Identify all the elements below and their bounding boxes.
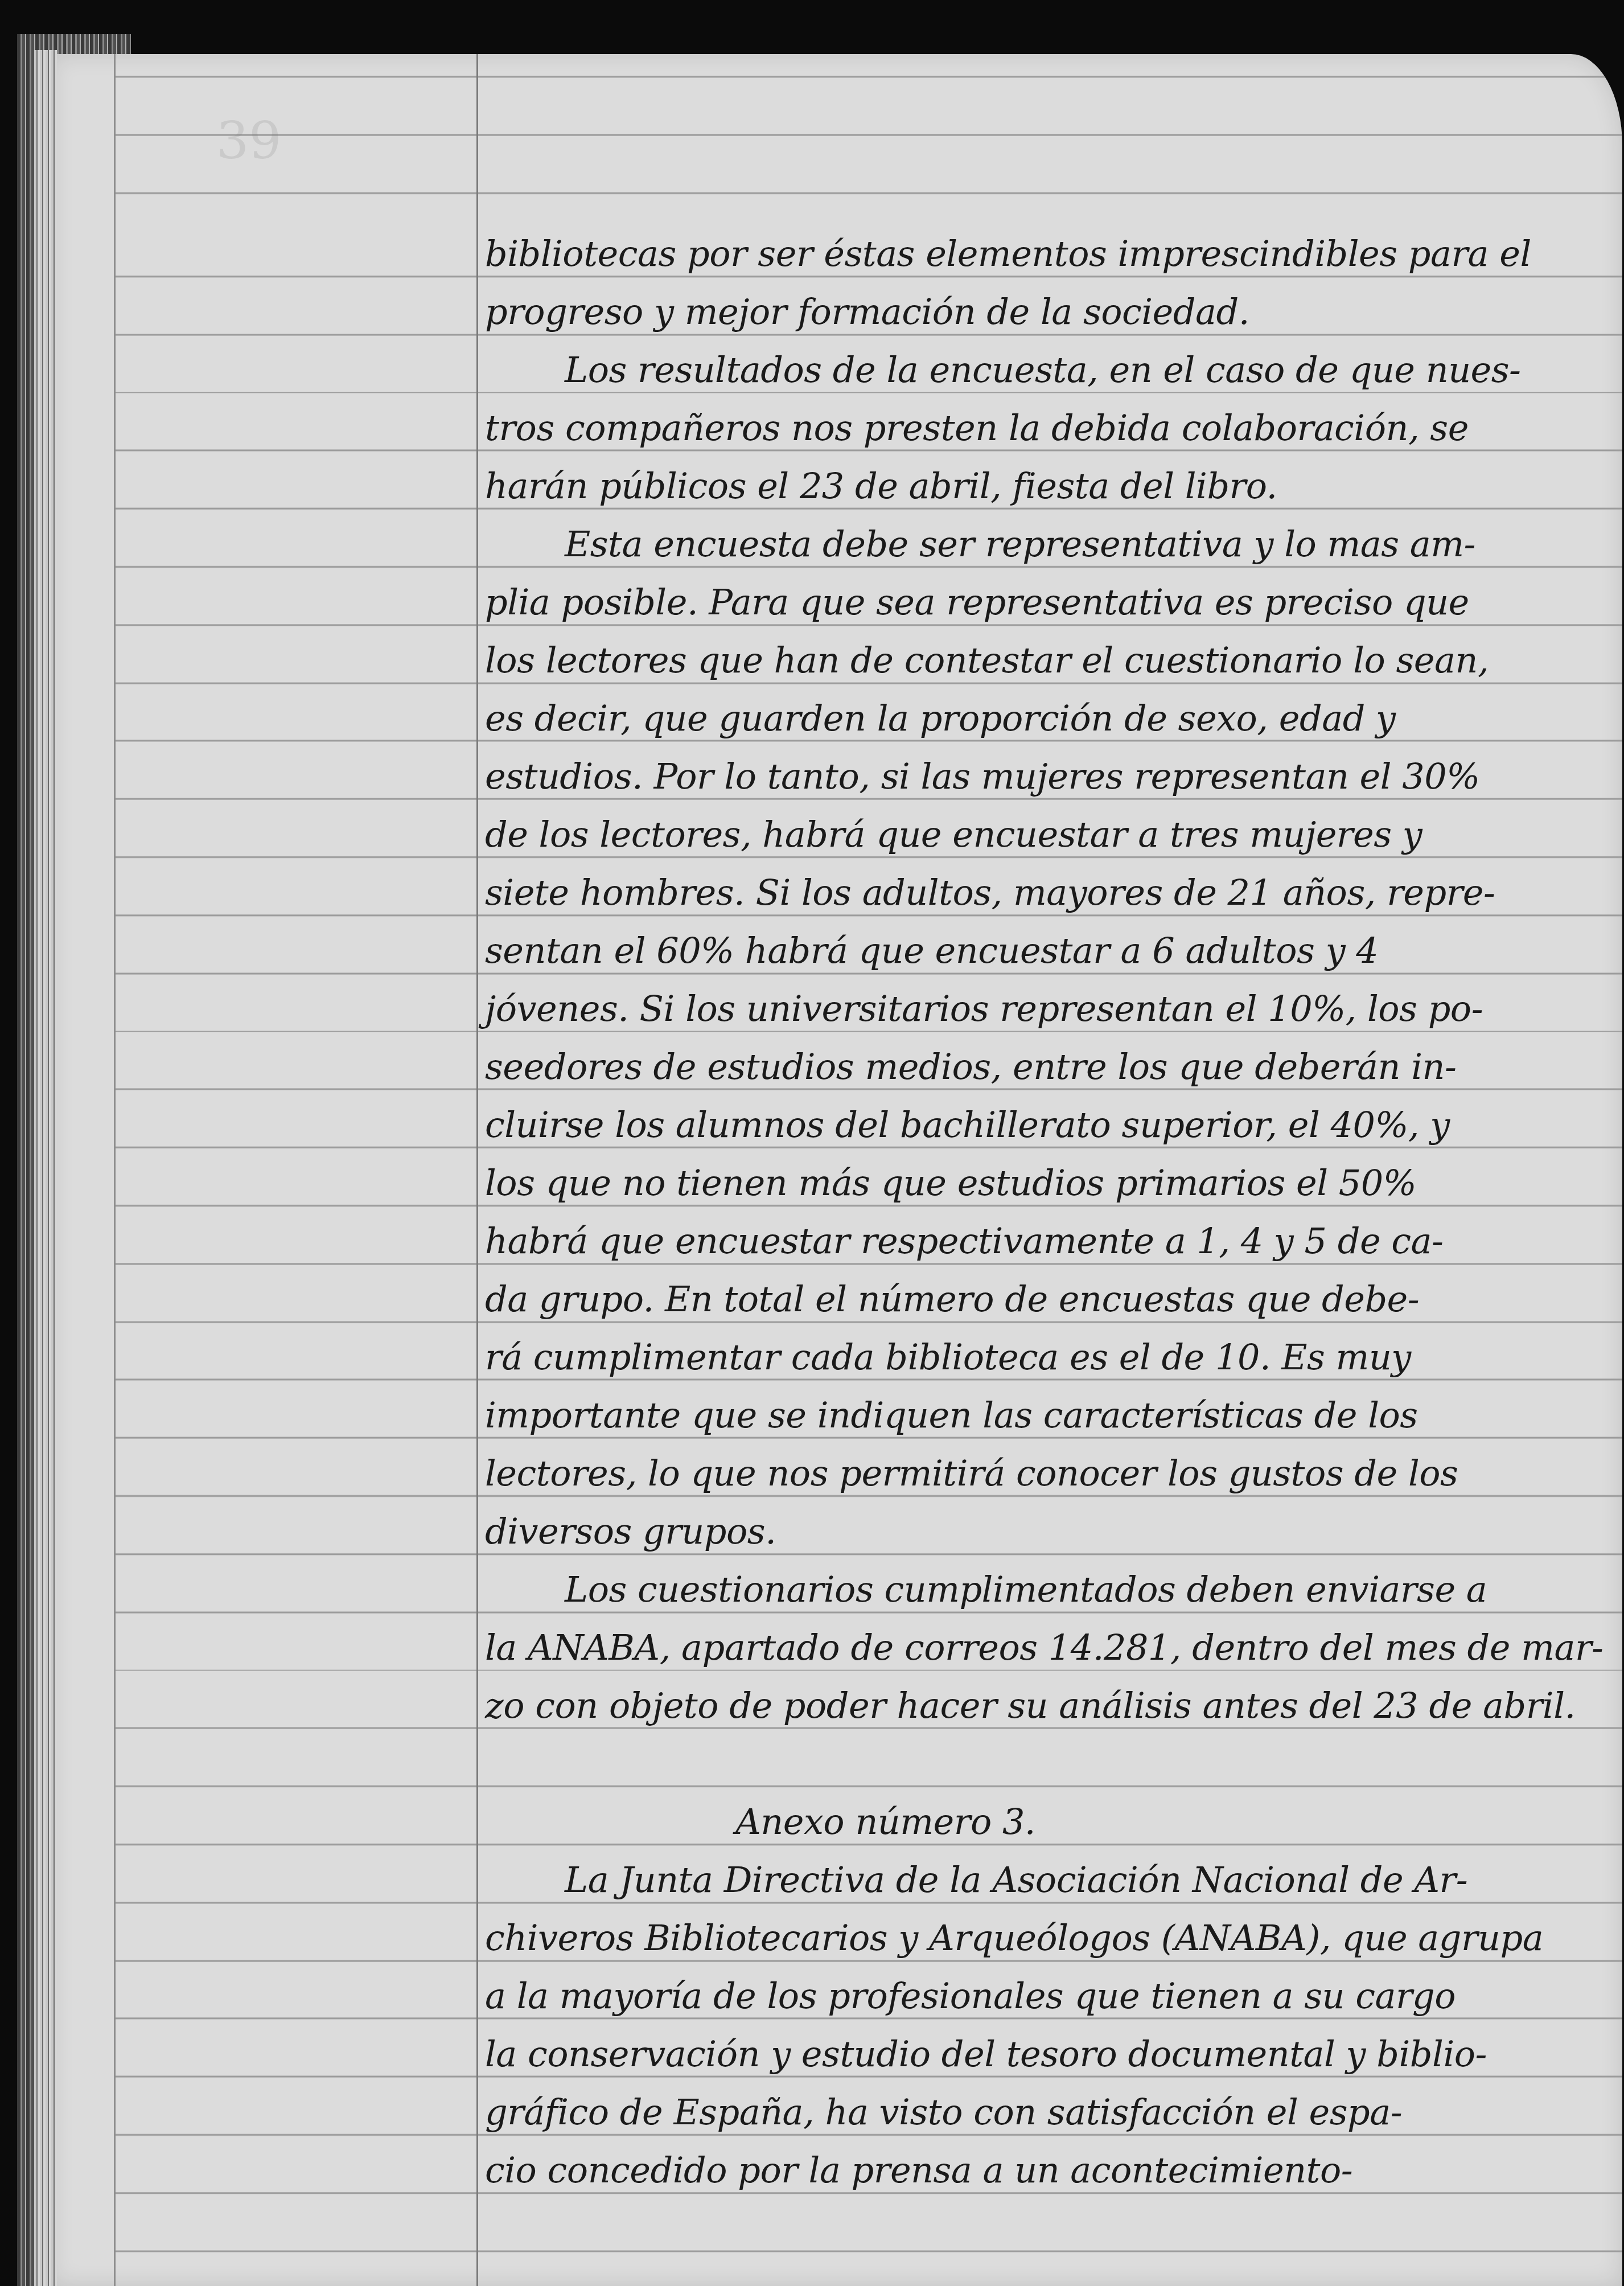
text-line: jóvenes. Si los universitarios represent… xyxy=(485,980,1601,1038)
text-line: La Junta Directiva de la Asociación Naci… xyxy=(485,1851,1601,1909)
text-line: la conservación y estudio del tesoro doc… xyxy=(485,2025,1601,2083)
text-line: cluirse los alumnos del bachillerato sup… xyxy=(485,1096,1601,1154)
text-line: progreso y mejor formación de la socieda… xyxy=(485,283,1601,341)
text-line: Los resultados de la encuesta, en el cas… xyxy=(485,341,1601,399)
text-line: tros compañeros nos presten la debida co… xyxy=(485,399,1601,457)
page-stack-edge xyxy=(34,50,57,2286)
text-line: seedores de estudios medios, entre los q… xyxy=(485,1038,1601,1096)
text-line: los lectores que han de contestar el cue… xyxy=(485,631,1601,690)
text-line: chiveros Bibliotecarios y Arqueólogos (A… xyxy=(485,1909,1601,1967)
text-line: sentan el 60% habrá que encuestar a 6 ad… xyxy=(485,922,1601,980)
page-number: 39 xyxy=(216,111,282,171)
section-heading: Anexo número 3. xyxy=(485,1793,1601,1851)
text-line: zo con objeto de poder hacer su análisis… xyxy=(485,1677,1601,1735)
text-line: plia posible. Para que sea representativ… xyxy=(485,573,1601,631)
text-line: habrá que encuestar respectivamente a 1,… xyxy=(485,1212,1601,1270)
text-line: de los lectores, habrá que encuestar a t… xyxy=(485,806,1601,864)
text-line: gráfico de España, ha visto con satisfac… xyxy=(485,2083,1601,2141)
text-line: estudios. Por lo tanto, si las mujeres r… xyxy=(485,748,1601,806)
text-line: Esta encuesta debe ser representativa y … xyxy=(485,515,1601,573)
text-line xyxy=(485,1735,1601,1793)
text-line: es decir, que guarden la proporción de s… xyxy=(485,690,1601,748)
text-line: siete hombres. Si los adultos, mayores d… xyxy=(485,864,1601,922)
text-line: la ANABA, apartado de correos 14.281, de… xyxy=(485,1619,1601,1677)
text-line: cio concedido por la prensa a un acontec… xyxy=(485,2141,1601,2199)
inner-margin-rule xyxy=(114,54,116,2286)
text-line: los que no tienen más que estudios prima… xyxy=(485,1154,1601,1212)
text-line: lectores, lo que nos permitirá conocer l… xyxy=(485,1444,1601,1503)
text-line: bibliotecas por ser éstas elementos impr… xyxy=(485,225,1601,283)
margin-rule xyxy=(476,54,478,2286)
handwritten-text: bibliotecas por ser éstas elementos impr… xyxy=(485,225,1601,2199)
text-line: Los cuestionarios cumplimentados deben e… xyxy=(485,1561,1601,1619)
text-line: a la mayoría de los profesionales que ti… xyxy=(485,1967,1601,2025)
text-line: importante que se indiquen las caracterí… xyxy=(485,1386,1601,1444)
text-line: harán públicos el 23 de abril, fiesta de… xyxy=(485,457,1601,515)
text-line: da grupo. En total el número de encuesta… xyxy=(485,1270,1601,1328)
text-line: diversos grupos. xyxy=(485,1503,1601,1561)
notebook-page: 39 bibliotecas por ser éstas elementos i… xyxy=(51,54,1622,2286)
text-line: rá cumplimentar cada biblioteca es el de… xyxy=(485,1328,1601,1386)
